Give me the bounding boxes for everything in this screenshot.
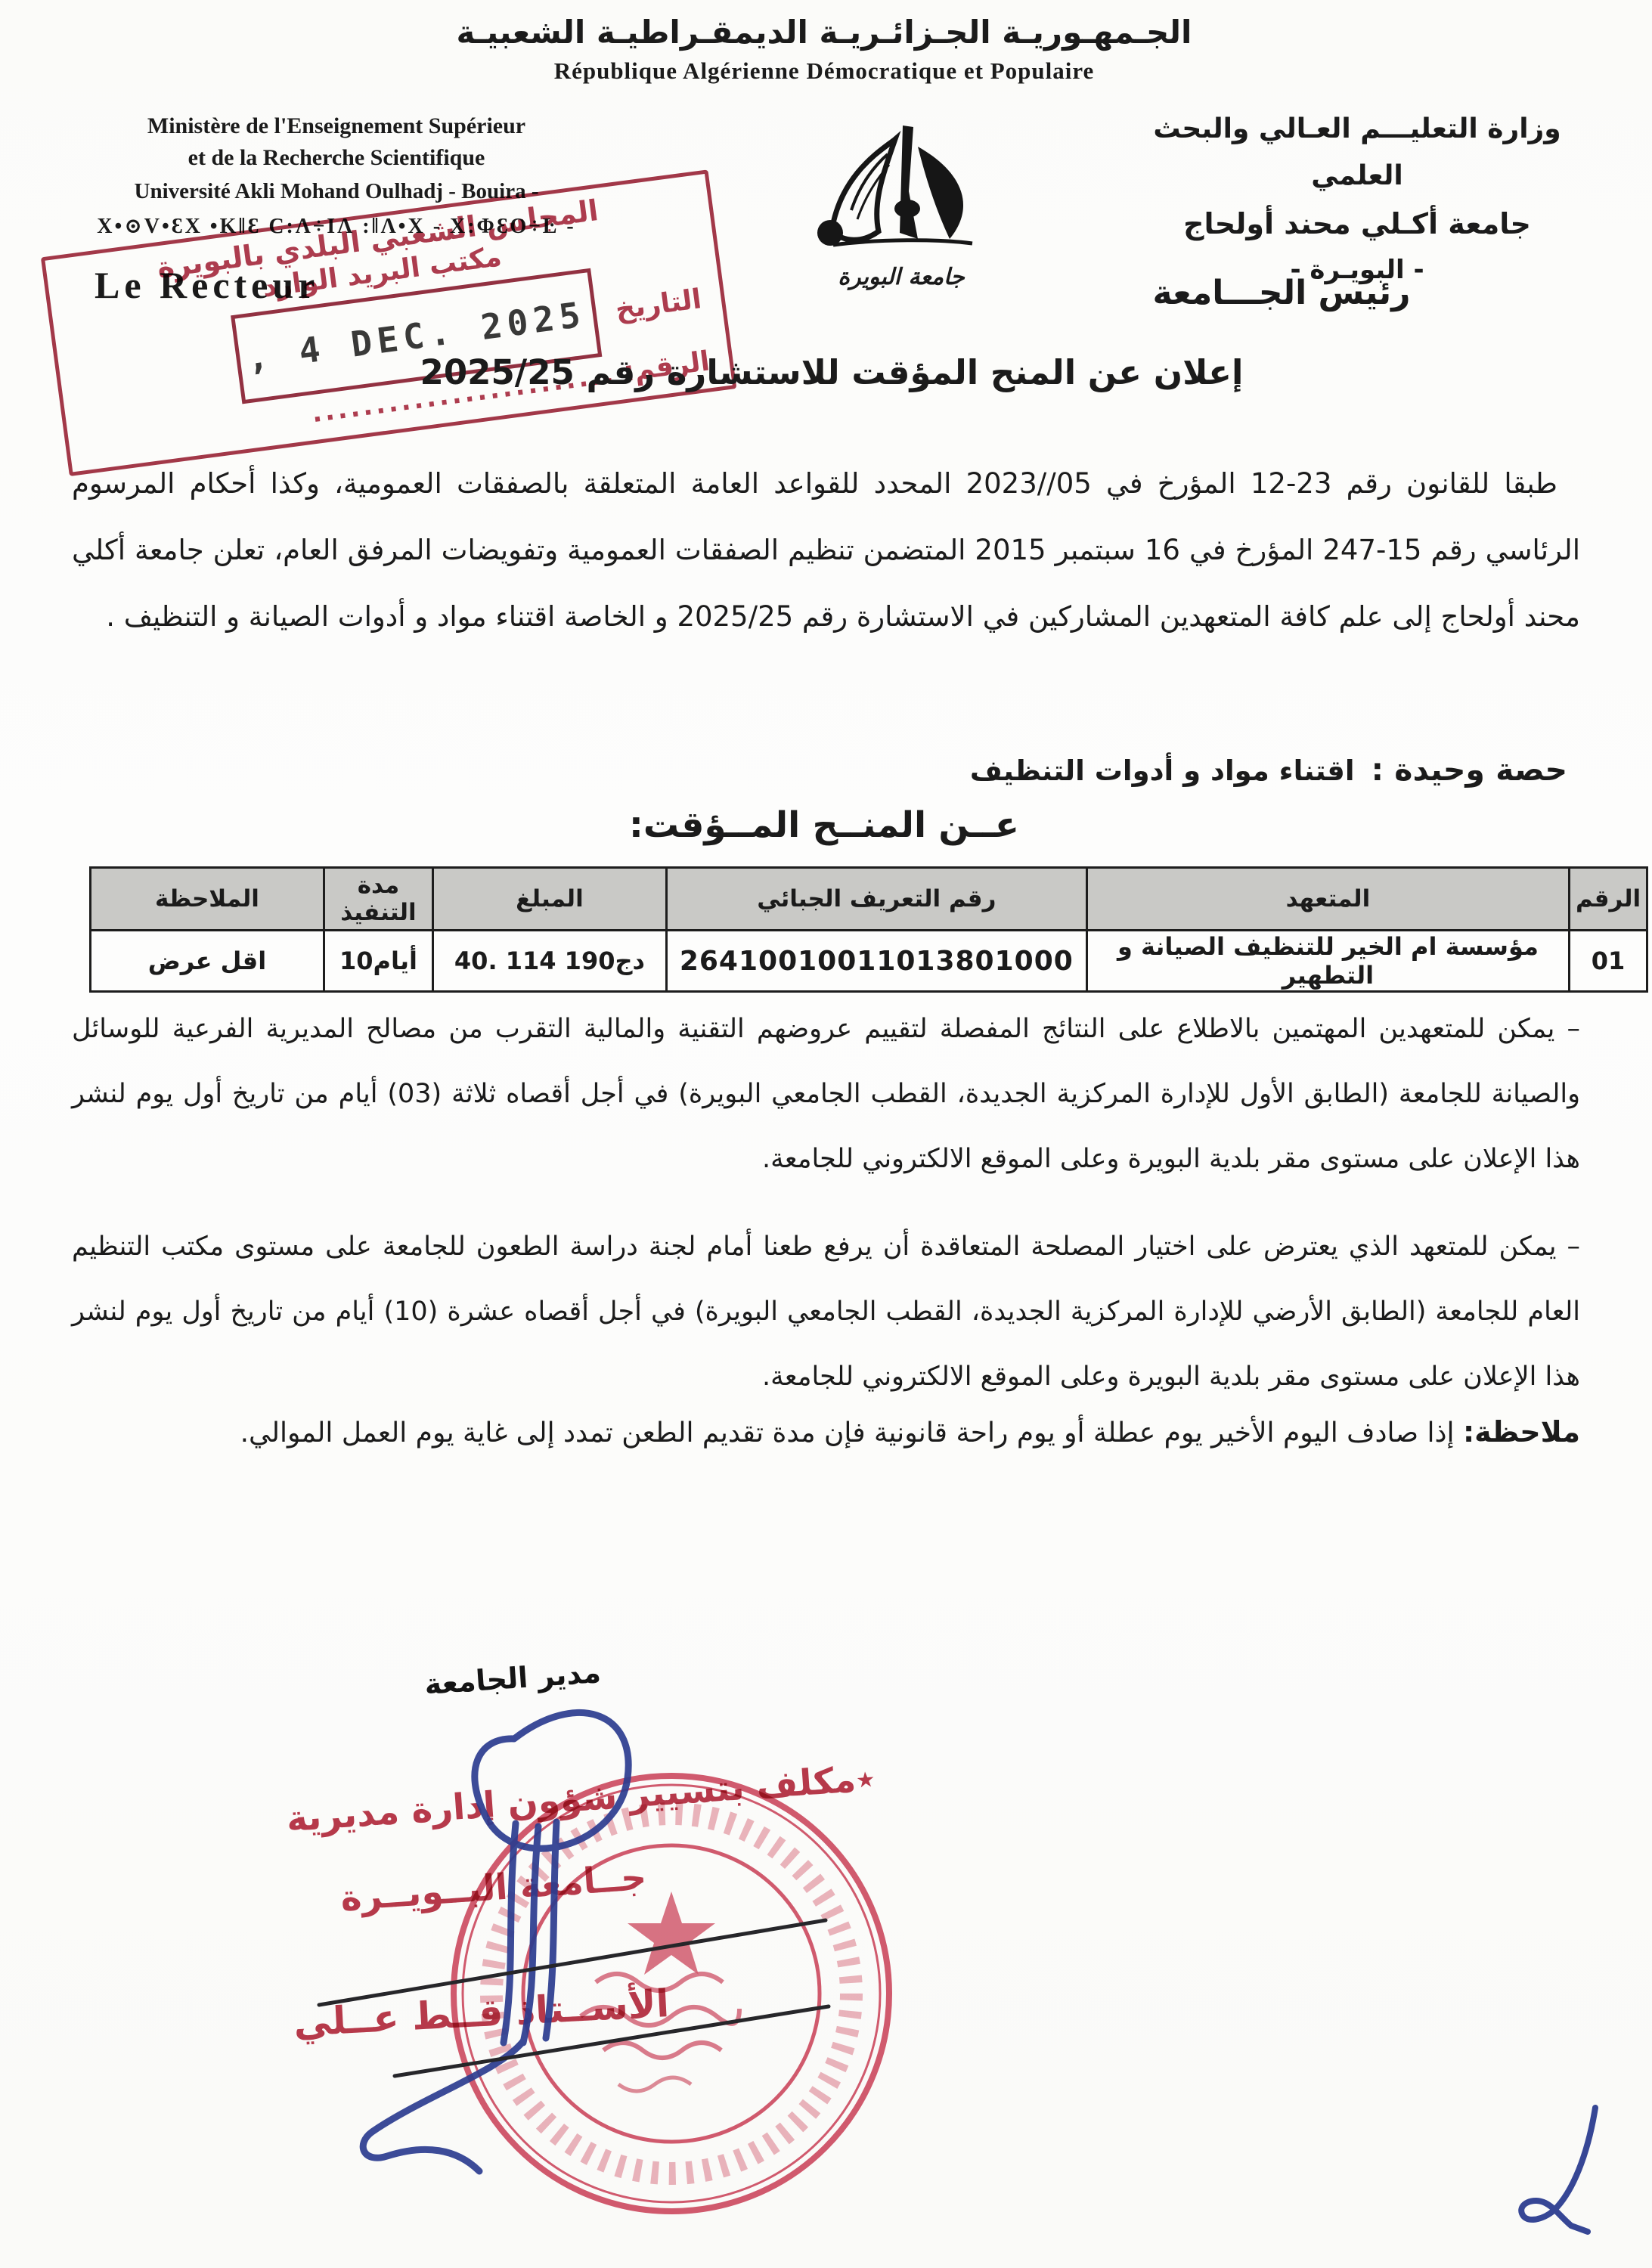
university-logo-icon <box>788 119 1015 259</box>
note-line: ملاحظة: إذا صادف اليوم الأخير يوم عطلة أ… <box>72 1411 1580 1455</box>
col-header-number: الرقم <box>1570 868 1647 931</box>
intro-paragraph: طبقا للقانون رقم 23-12 المؤرخ في ‪2023//… <box>72 451 1580 650</box>
cell-duration: 10أيام <box>324 931 432 992</box>
note-label: ملاحظة: <box>1463 1415 1580 1448</box>
rector-title-arabic: رئيس الجـــامعة <box>1100 274 1463 312</box>
cell-note: اقل عرض <box>91 931 324 992</box>
university-logo: جامعة البويرة <box>788 119 1015 290</box>
ministry-french-line1: Ministère de l'Enseignement Supérieur <box>60 110 612 142</box>
ministry-block-arabic: وزارة التعليـــم العـالي والبحث العلمي ج… <box>1115 106 1599 292</box>
republic-title-arabic: الجـمهـوريـة الجـزائـريـة الديمقـراطيـة … <box>408 14 1240 51</box>
logo-caption: جامعة البويرة <box>788 264 1015 290</box>
award-table: الرقم المتعهد رقم التعريف الجبائي المبلغ… <box>89 866 1648 993</box>
stamp-date-label: التاريخ <box>614 283 704 326</box>
col-header-duration: مدة التنفيذ <box>324 868 432 931</box>
republic-title-french: République Algérienne Démocratique et Po… <box>333 57 1316 85</box>
cell-number: 01 <box>1570 931 1647 992</box>
lot-text: اقتناء مواد و أدوات التنظيف <box>970 754 1355 787</box>
ministry-french-line2: et de la Recherche Scientifique <box>60 142 612 174</box>
lot-line: حصة وحيدة : اقتناء مواد و أدوات التنظيف <box>970 751 1567 788</box>
ministry-arabic: وزارة التعليـــم العـالي والبحث العلمي <box>1115 106 1599 200</box>
announcement-title: إعلان عن المنح المؤقت للاستشارة رقم 2025… <box>287 352 1376 392</box>
table-row: 01 مؤسسة ام الخير للتنظيف الصيانة و التط… <box>91 931 1647 992</box>
cell-bidder: مؤسسة ام الخير للتنظيف الصيانة و التطهير <box>1086 931 1569 992</box>
cell-tax-id: 26410010011013801000 <box>666 931 1086 992</box>
col-header-note: الملاحظة <box>91 868 324 931</box>
results-paragraph: – يمكن للمتعهدين المهتمين بالاطلاع على ا… <box>72 996 1580 1191</box>
col-header-bidder: المتعهد <box>1086 868 1569 931</box>
lot-label: حصة وحيدة : <box>1372 751 1567 788</box>
table-header-row: الرقم المتعهد رقم التعريف الجبائي المبلغ… <box>91 868 1647 931</box>
appeal-paragraph: – يمكن للمتعهد الذي يعترض على اختيار الم… <box>72 1214 1580 1409</box>
col-header-tax-id: رقم التعريف الجبائي <box>666 868 1086 931</box>
corner-scribble <box>1482 2085 1641 2266</box>
scanned-document-page: الجـمهـوريـة الجـزائـريـة الديمقـراطيـة … <box>0 0 1652 2268</box>
university-name-arabic: جامعة أكـلي محند أولحاج <box>1115 200 1599 248</box>
award-heading: عــن المنــح المــؤقت: <box>408 804 1240 846</box>
cell-amount: 40. 114 190دج <box>433 931 667 992</box>
col-header-amount: المبلغ <box>433 868 667 931</box>
signature-scribble <box>287 1648 892 2238</box>
note-text: إذا صادف اليوم الأخير يوم عطلة أو يوم را… <box>240 1417 1463 1448</box>
award-table-grid: الرقم المتعهد رقم التعريف الجبائي المبلغ… <box>89 866 1648 993</box>
